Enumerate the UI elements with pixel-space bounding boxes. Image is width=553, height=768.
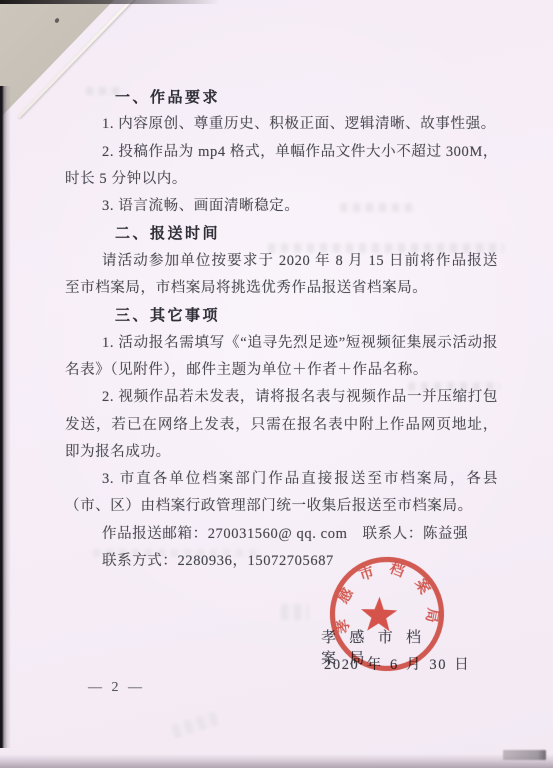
page-number: — 2 — xyxy=(88,680,145,696)
section-heading-2: 二、报送时间 xyxy=(65,220,498,247)
paragraph-other-2: 2. 视频作品若未发表，请将报名表与视频作品一并压缩打包发送，若已在网络上发表，… xyxy=(65,384,498,466)
paragraph-other-1: 1. 活动报名需填写《“追寻先烈足迹”短视频征集展示活动报名表》（见附件），邮件… xyxy=(65,330,498,385)
paragraph-other-3: 3. 市直各单位档案部门作品直接报送至市档案局，各县（市、区）由档案行政管理部门… xyxy=(65,466,498,521)
scan-edge-left xyxy=(0,86,11,748)
seal-star-icon xyxy=(360,596,397,632)
document-body: 一、作品要求 1. 内容原创、尊重历史、积极正面、逻辑清晰、故事性强。 2. 投… xyxy=(65,84,498,575)
bleedthrough-mark xyxy=(281,604,309,620)
paragraph-requirement-3: 3. 语言流畅、画面清晰稳定。 xyxy=(65,193,498,220)
paragraph-deadline: 请活动参加单位按要求于 2020 年 8 月 15 日前将作品报送至市档案局，市… xyxy=(65,248,498,303)
contact-email-line: 作品报送邮箱：270031560@ qq. com 联系人：陈益强 xyxy=(65,521,498,548)
scan-edge-top xyxy=(0,0,220,4)
section-heading-3: 三、其它事项 xyxy=(65,302,498,329)
scan-edge-bottom xyxy=(0,754,553,768)
paragraph-requirement-2: 2. 投稿作品为 mp4 格式，单幅作品文件大小不超过 300M，时长 5 分钟… xyxy=(65,139,498,194)
paragraph-requirement-1: 1. 内容原创、尊重历史、积极正面、逻辑清晰、故事性强。 xyxy=(65,111,498,138)
scanner-watermark xyxy=(503,750,546,760)
scanned-document-page: 一、作品要求 1. 内容原创、尊重历史、积极正面、逻辑清晰、故事性强。 2. 投… xyxy=(0,0,553,768)
section-heading-1: 一、作品要求 xyxy=(65,84,498,111)
official-seal: 孝感市档案局 xyxy=(322,551,454,675)
